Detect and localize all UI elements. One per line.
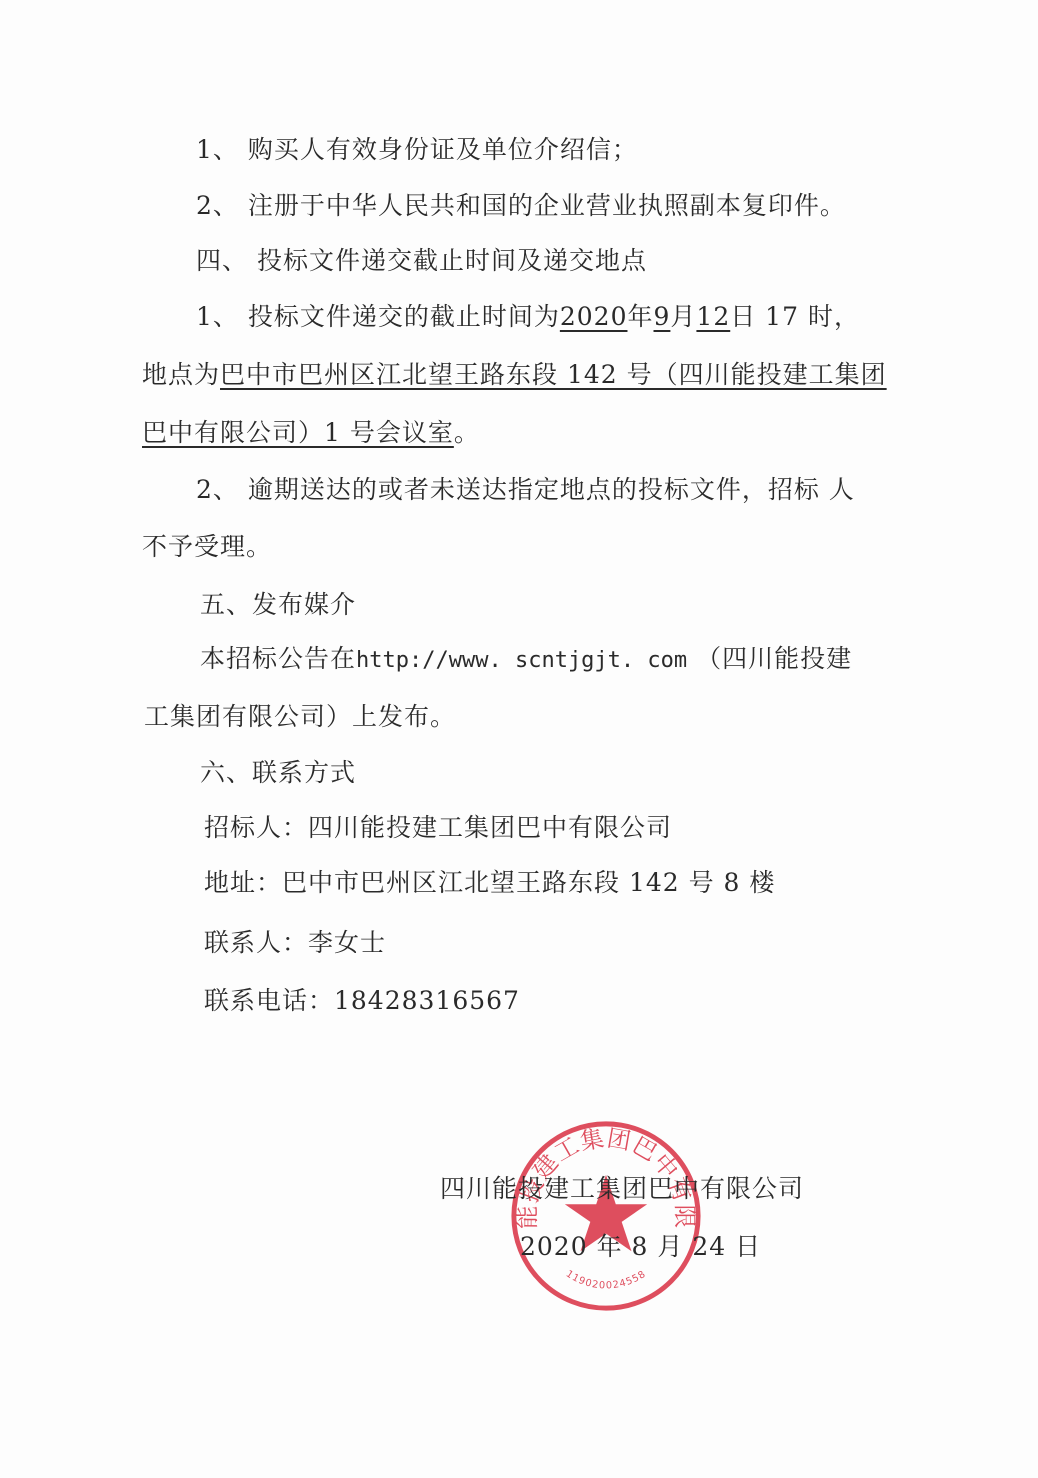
deadline-prefix: 1、 投标文件递交的截止时间为 xyxy=(196,302,560,331)
deadline-month: 9 xyxy=(654,302,671,331)
requirement-1: 1、 购买人有效身份证及单位介绍信； xyxy=(196,133,638,167)
section-4-heading: 四、 投标文件递交截止时间及递交地点 xyxy=(196,244,647,278)
location-address-2: 巴中有限公司）1 号会议室 xyxy=(142,418,454,447)
section-6-heading: 六、联系方式 xyxy=(200,756,356,790)
contact-tenderer: 招标人：四川能投建工集团巴中有限公司 xyxy=(204,811,672,845)
location-line-1: 地点为巴中市巴州区江北望王路东段 142 号（四川能投建工集团 xyxy=(142,358,887,392)
signature-company: 四川能投建工集团巴中有限公司 xyxy=(440,1172,804,1206)
company-seal-icon: 四川能投建工集团巴中有限公司 1190200245​58 xyxy=(508,1118,704,1314)
document-page: 1、 购买人有效身份证及单位介绍信； 2、 注册于中华人民共和国的企业营业执照副… xyxy=(0,0,1038,1478)
deadline-year: 2020 xyxy=(560,302,628,331)
deadline-day: 12 xyxy=(696,302,730,331)
section-5-heading: 五、发布媒介 xyxy=(200,588,356,622)
contact-person: 联系人：李女士 xyxy=(204,926,386,960)
location-address-1: 巴中市巴州区江北望王路东段 142 号（四川能投建工集团 xyxy=(220,360,887,389)
seal-serial: 1190200245​58 xyxy=(564,1269,649,1292)
publish-line-1: 本招标公告在http://www. scntjgjt. com （四川能投建 xyxy=(200,642,852,678)
location-line-2: 巴中有限公司）1 号会议室。 xyxy=(142,416,480,450)
late-submission-line-2: 不予受理。 xyxy=(142,530,272,564)
deadline-month-unit: 月 xyxy=(670,302,696,331)
deadline-day-unit: 日 17 时， xyxy=(730,302,860,331)
publish-url[interactable]: http://www. scntjgjt. com xyxy=(356,648,687,673)
publish-suffix: （四川能投建 xyxy=(696,644,852,673)
contact-address: 地址：巴中市巴州区江北望王路东段 142 号 8 楼 xyxy=(204,866,775,900)
publish-line-2: 工集团有限公司）上发布。 xyxy=(144,700,456,734)
svg-text:1190200245​58: 1190200245​58 xyxy=(564,1269,649,1292)
deadline-line: 1、 投标文件递交的截止时间为2020年9月12日 17 时， xyxy=(196,300,860,334)
late-submission-line-1: 2、 逾期送达的或者未送达指定地点的投标文件，招标 人 xyxy=(196,473,855,507)
requirement-2: 2、 注册于中华人民共和国的企业营业执照副本复印件。 xyxy=(196,189,846,223)
location-end: 。 xyxy=(454,418,480,447)
signature-date: 2020 年 8 月 24 日 xyxy=(520,1230,761,1264)
contact-phone: 联系电话：18428316567 xyxy=(204,984,520,1018)
location-prefix: 地点为 xyxy=(142,360,220,389)
deadline-year-unit: 年 xyxy=(627,302,653,331)
publish-prefix: 本招标公告在 xyxy=(200,644,356,673)
